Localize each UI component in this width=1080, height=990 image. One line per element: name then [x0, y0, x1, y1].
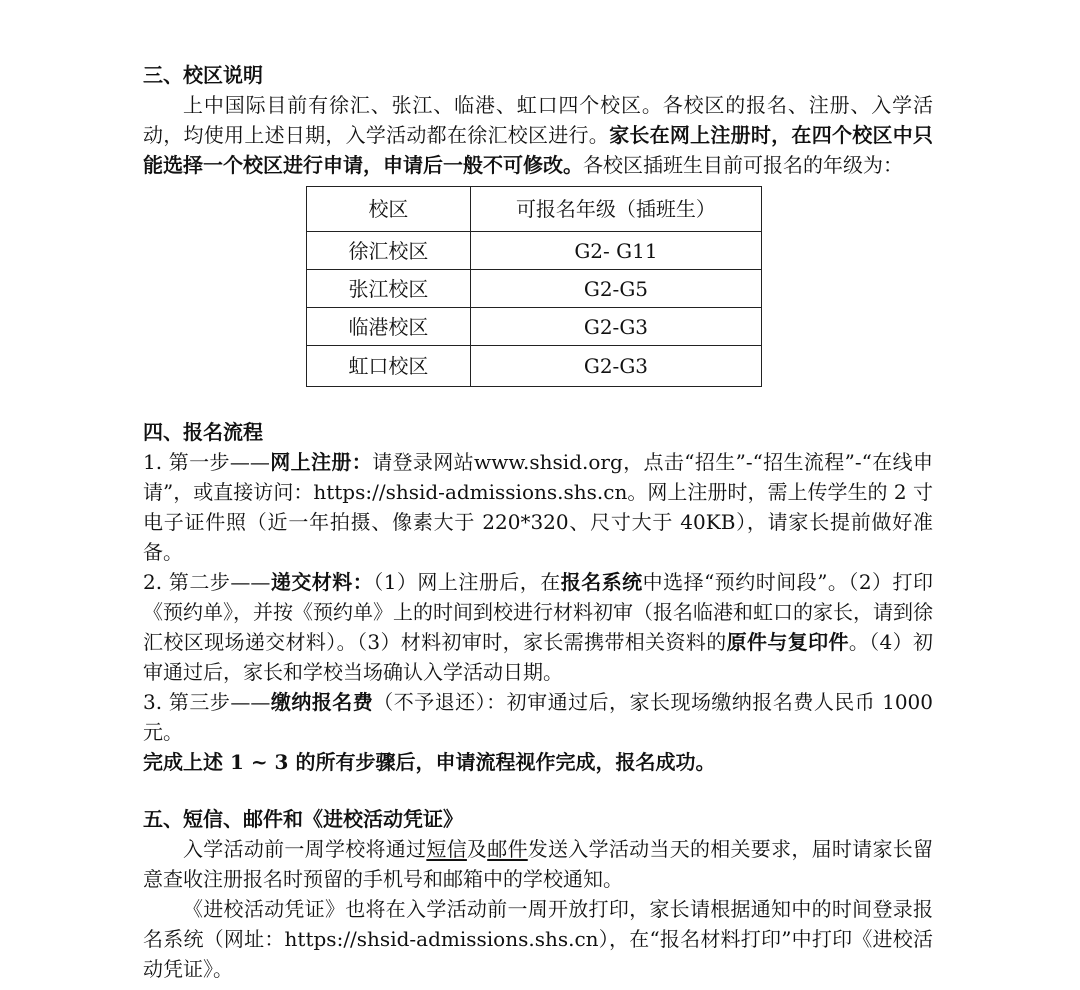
table-cell-grades: G2-G3: [470, 346, 761, 387]
table-header-campus: 校区: [307, 187, 471, 232]
step-2-title: 递交材料：: [270, 570, 373, 594]
table-cell-campus: 临港校区: [307, 308, 471, 346]
section-5-heading: 五、短信、邮件和《进校活动凭证》: [143, 804, 933, 834]
table-cell-campus: 徐汇校区: [307, 232, 471, 270]
step-2-text-a: （1）网上注册后，在: [373, 570, 561, 594]
step-3-title: 缴纳报名费: [270, 690, 373, 714]
table-header-grades: 可报名年级（插班生）: [470, 187, 761, 232]
spacer: [143, 777, 933, 804]
campus-grades-table-wrapper: 校区 可报名年级（插班生） 徐汇校区 G2- G11 张江校区 G2-G5 临港…: [306, 186, 762, 387]
summary-text: 完成上述 1 ~ 3 的所有步骤后，申请流程视作完成，报名成功。: [143, 750, 715, 774]
notice-text-b: 及: [467, 837, 487, 861]
step-1-paragraph: 1. 第一步——网上注册：请登录网站www.shsid.org，点击“招生”-“…: [143, 447, 933, 567]
step-1-prefix: 1. 第一步——: [143, 450, 270, 474]
step-2-system-term: 报名系统: [561, 570, 643, 594]
table-row: 虹口校区 G2-G3: [307, 346, 762, 387]
step-2-documents-term: 原件与复印件: [727, 630, 849, 654]
table-row: 徐汇校区 G2- G11: [307, 232, 762, 270]
spacer: [143, 387, 933, 417]
section-5-paragraph-2: 《进校活动凭证》也将在入学活动前一周开放打印，家长请根据通知中的时间登录报名系统…: [143, 894, 933, 984]
step-3-prefix: 3. 第三步——: [143, 690, 270, 714]
table-cell-campus: 虹口校区: [307, 346, 471, 387]
section-3-paragraph: 上中国际目前有徐汇、张江、临港、虹口四个校区。各校区的报名、注册、入学活动，均使…: [143, 90, 933, 180]
table-row: 张江校区 G2-G5: [307, 270, 762, 308]
table-cell-grades: G2-G5: [470, 270, 761, 308]
table-cell-grades: G2- G11: [470, 232, 761, 270]
notice-text-a: 入学活动前一周学校将通过: [183, 837, 426, 861]
step-1-title: 网上注册：: [270, 450, 372, 474]
table-row: 临港校区 G2-G3: [307, 308, 762, 346]
section-4-heading: 四、报名流程: [143, 417, 933, 447]
table-cell-grades: G2-G3: [470, 308, 761, 346]
campus-grades-table: 校区 可报名年级（插班生） 徐汇校区 G2- G11 张江校区 G2-G5 临港…: [306, 186, 762, 387]
step-2-paragraph: 2. 第二步——递交材料：（1）网上注册后，在报名系统中选择“预约时间段”。（2…: [143, 567, 933, 687]
section-5-paragraph-1: 入学活动前一周学校将通过短信及邮件发送入学活动当天的相关要求，届时请家长留意查收…: [143, 834, 933, 894]
table-header-row: 校区 可报名年级（插班生）: [307, 187, 762, 232]
section-3-heading: 三、校区说明: [143, 60, 933, 90]
grades-intro-text: 各校区插班生目前可报名的年级为：: [583, 153, 903, 177]
step-3-paragraph: 3. 第三步——缴纳报名费（不予退还）：初审通过后，家长现场缴纳报名费人民币 1…: [143, 687, 933, 747]
email-underlined-term: 邮件: [487, 837, 528, 861]
table-cell-campus: 张江校区: [307, 270, 471, 308]
summary-paragraph: 完成上述 1 ~ 3 的所有步骤后，申请流程视作完成，报名成功。: [143, 747, 933, 777]
step-2-prefix: 2. 第二步——: [143, 570, 270, 594]
document-page: 三、校区说明 上中国际目前有徐汇、张江、临港、虹口四个校区。各校区的报名、注册、…: [143, 60, 933, 984]
sms-underlined-term: 短信: [426, 837, 467, 861]
